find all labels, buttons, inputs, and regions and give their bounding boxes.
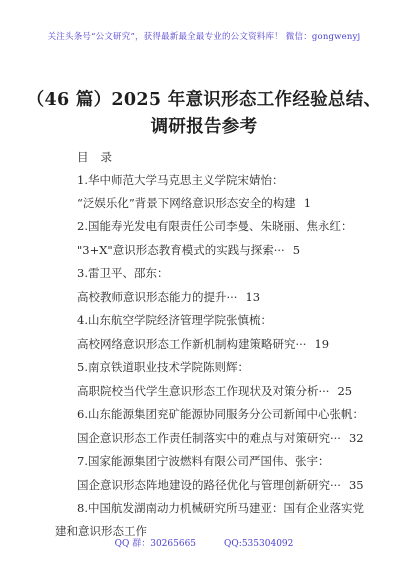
toc-entry-2-article[interactable]: "3+X"意识形态教育模式的实践与探索···5 <box>77 243 300 257</box>
toc-entry-3-author: 3.雷卫平、邵东： <box>77 266 168 280</box>
toc-entry-1-page: 1 <box>304 196 311 210</box>
toc-entry-4-author: 4.山东航空学院经济管理学院张慎梳： <box>77 313 272 327</box>
toc-entry-2-page: 5 <box>293 243 300 257</box>
toc-entry-7-page: 35 <box>349 478 364 492</box>
toc-entry-7-author: 7.国家能源集团宁波燃料有限公司严国伟、张宇： <box>77 454 329 468</box>
toc-entry-8-line-1: 8.中国航发湖南动力机械研究所马建亚：国有企业落实党 <box>77 501 364 515</box>
toc-entry-5-article[interactable]: 高职院校当代学生意识形态工作现状及对策分析···25 <box>77 384 352 398</box>
footer-contact-note: QQ 群：30265665QQ:535304092 <box>0 536 408 549</box>
toc-entry-3-page: 13 <box>245 290 260 304</box>
document-title-line-2: 调研报告参考 <box>0 113 408 138</box>
toc-entry-6-article[interactable]: 国企意识形态工作责任制落实中的难点与对策研究···32 <box>77 431 364 445</box>
toc-entry-3-title: 高校教师意识形态能力的提升··· <box>77 290 237 304</box>
qq-group-text: QQ 群：30265665 <box>115 539 196 549</box>
toc-entry-2-author: 2.国能寿光发电有限责任公司李曼、朱晓丽、焦永红： <box>77 219 352 233</box>
toc-entry-4-article[interactable]: 高校网络意识形态工作新机制构建策略研究···19 <box>77 337 329 351</box>
toc-entry-3-article[interactable]: 高校教师意识形态能力的提升···13 <box>77 290 260 304</box>
toc-entry-5-title: 高职院校当代学生意识形态工作现状及对策分析··· <box>77 384 329 398</box>
qq-number-text: QQ:535304092 <box>224 539 293 549</box>
toc-entry-2-title: "3+X"意识形态教育模式的实践与探索··· <box>77 243 285 257</box>
toc-entry-6-title: 国企意识形态工作责任制落实中的难点与对策研究··· <box>77 431 341 445</box>
toc-entry-6-author: 6.山东能源集团兖矿能源协同服务分公司新闻中心张帆： <box>77 407 364 421</box>
toc-entry-1-article[interactable]: “泛娱乐化”背景下网络意识形态安全的构建1 <box>77 196 311 210</box>
header-promo-note: 关注头条号“公文研究”，获得最新最全最专业的公文资料库！ 微信：gongweny… <box>0 30 408 42</box>
toc-heading: 目录 <box>77 150 112 164</box>
toc-entry-1-title: “泛娱乐化”背景下网络意识形态安全的构建 <box>77 196 296 210</box>
toc-entry-4-page: 19 <box>314 337 329 351</box>
toc-entry-5-page: 25 <box>337 384 352 398</box>
toc-entry-4-title: 高校网络意识形态工作新机制构建策略研究··· <box>77 337 306 351</box>
toc-entry-1-author: 1.华中师范大学马克思主义学院宋婧怡： <box>77 173 283 187</box>
toc-entry-5-author: 5.南京铁道职业技术学院陈则辉： <box>77 360 249 374</box>
toc-entry-7-title: 国企意识形态阵地建设的路径优化与管理创新研究··· <box>77 478 341 492</box>
document-title-line-1: （46 篇）2025 年意识形态工作经验总结、 <box>0 86 408 111</box>
toc-heading-char-1: 目 <box>77 150 89 164</box>
toc-heading-char-2: 录 <box>101 150 113 164</box>
toc-entry-6-page: 32 <box>349 431 364 445</box>
toc-entry-7-article[interactable]: 国企意识形态阵地建设的路径优化与管理创新研究···35 <box>77 478 364 492</box>
